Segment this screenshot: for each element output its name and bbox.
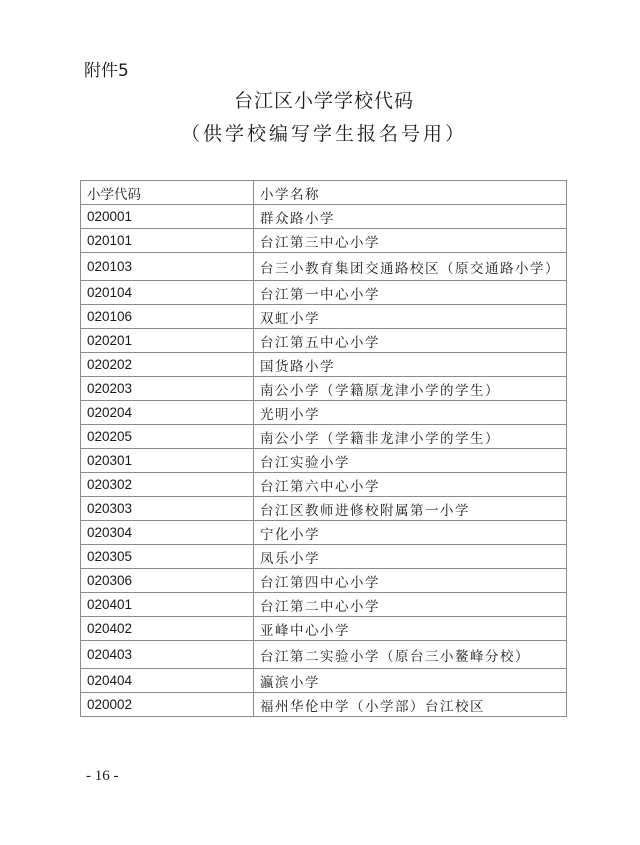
- school-name: 台江第三中心小学: [254, 229, 567, 253]
- table-row: 020305凤乐小学: [81, 545, 567, 569]
- table-row: 020401台江第二中心小学: [81, 593, 567, 617]
- header-name: 小学名称: [254, 181, 567, 205]
- table-row: 020404瀛滨小学: [81, 669, 567, 693]
- table-row: 020104台江第一中心小学: [81, 281, 567, 305]
- table-row: 020403台江第二实验小学（原台三小鳌峰分校）: [81, 641, 567, 669]
- school-code: 020101: [81, 229, 254, 253]
- attachment-label: 附件5: [84, 56, 129, 81]
- school-name: 台三小教育集团交通路校区（原交通路小学）: [254, 253, 567, 281]
- table-row: 020205南公小学（学籍非龙津小学的学生）: [81, 425, 567, 449]
- school-name: 台江区教师进修校附属第一小学: [254, 497, 567, 521]
- school-code: 020302: [81, 473, 254, 497]
- table-row: 020106双虹小学: [81, 305, 567, 329]
- school-code: 020103: [81, 253, 254, 281]
- school-name: 台江第二实验小学（原台三小鳌峰分校）: [254, 641, 567, 669]
- school-code: 020104: [81, 281, 254, 305]
- school-code: 020106: [81, 305, 254, 329]
- school-name: 国货路小学: [254, 353, 567, 377]
- school-name: 南公小学（学籍原龙津小学的学生）: [254, 377, 567, 401]
- school-name: 光明小学: [254, 401, 567, 425]
- table-row: 020306台江第四中心小学: [81, 569, 567, 593]
- school-name: 福州华伦中学（小学部）台江校区: [254, 693, 567, 717]
- table-row: 020201台江第五中心小学: [81, 329, 567, 353]
- school-name: 凤乐小学: [254, 545, 567, 569]
- table-row: 020101台江第三中心小学: [81, 229, 567, 253]
- school-code: 020305: [81, 545, 254, 569]
- school-name: 双虹小学: [254, 305, 567, 329]
- school-code: 020402: [81, 617, 254, 641]
- school-code: 020205: [81, 425, 254, 449]
- school-code: 020401: [81, 593, 254, 617]
- header-code: 小学代码: [81, 181, 254, 205]
- table-row: 020302台江第六中心小学: [81, 473, 567, 497]
- table-header-row: 小学代码 小学名称: [81, 181, 567, 205]
- document-subtitle: （供学校编写学生报名号用）: [4, 119, 640, 146]
- school-name: 群众路小学: [254, 205, 567, 229]
- school-code: 020303: [81, 497, 254, 521]
- table-row: 020303台江区教师进修校附属第一小学: [81, 497, 567, 521]
- table-row: 020001群众路小学: [81, 205, 567, 229]
- school-code: 020306: [81, 569, 254, 593]
- page-number: - 16 -: [86, 768, 119, 785]
- table-row: 020301台江实验小学: [81, 449, 567, 473]
- school-code-table: 小学代码 小学名称 020001群众路小学020101台江第三中心小学02010…: [80, 180, 567, 717]
- table-row: 020203南公小学（学籍原龙津小学的学生）: [81, 377, 567, 401]
- school-code: 020304: [81, 521, 254, 545]
- school-code: 020001: [81, 205, 254, 229]
- table-row: 020204光明小学: [81, 401, 567, 425]
- school-name: 台江实验小学: [254, 449, 567, 473]
- school-code: 020301: [81, 449, 254, 473]
- school-name: 台江第一中心小学: [254, 281, 567, 305]
- school-code: 020202: [81, 353, 254, 377]
- table-row: 020103台三小教育集团交通路校区（原交通路小学）: [81, 253, 567, 281]
- document-title: 台江区小学学校代码: [4, 86, 640, 113]
- school-code: 020404: [81, 669, 254, 693]
- school-code: 020403: [81, 641, 254, 669]
- school-code: 020203: [81, 377, 254, 401]
- table-row: 020304宁化小学: [81, 521, 567, 545]
- table-row: 020402亚峰中心小学: [81, 617, 567, 641]
- school-name: 台江第二中心小学: [254, 593, 567, 617]
- school-name: 台江第五中心小学: [254, 329, 567, 353]
- school-name: 台江第六中心小学: [254, 473, 567, 497]
- table-row: 020202国货路小学: [81, 353, 567, 377]
- school-name: 南公小学（学籍非龙津小学的学生）: [254, 425, 567, 449]
- school-name: 亚峰中心小学: [254, 617, 567, 641]
- school-code: 020201: [81, 329, 254, 353]
- school-code: 020002: [81, 693, 254, 717]
- school-name: 宁化小学: [254, 521, 567, 545]
- table-row: 020002福州华伦中学（小学部）台江校区: [81, 693, 567, 717]
- school-name: 瀛滨小学: [254, 669, 567, 693]
- school-code: 020204: [81, 401, 254, 425]
- school-name: 台江第四中心小学: [254, 569, 567, 593]
